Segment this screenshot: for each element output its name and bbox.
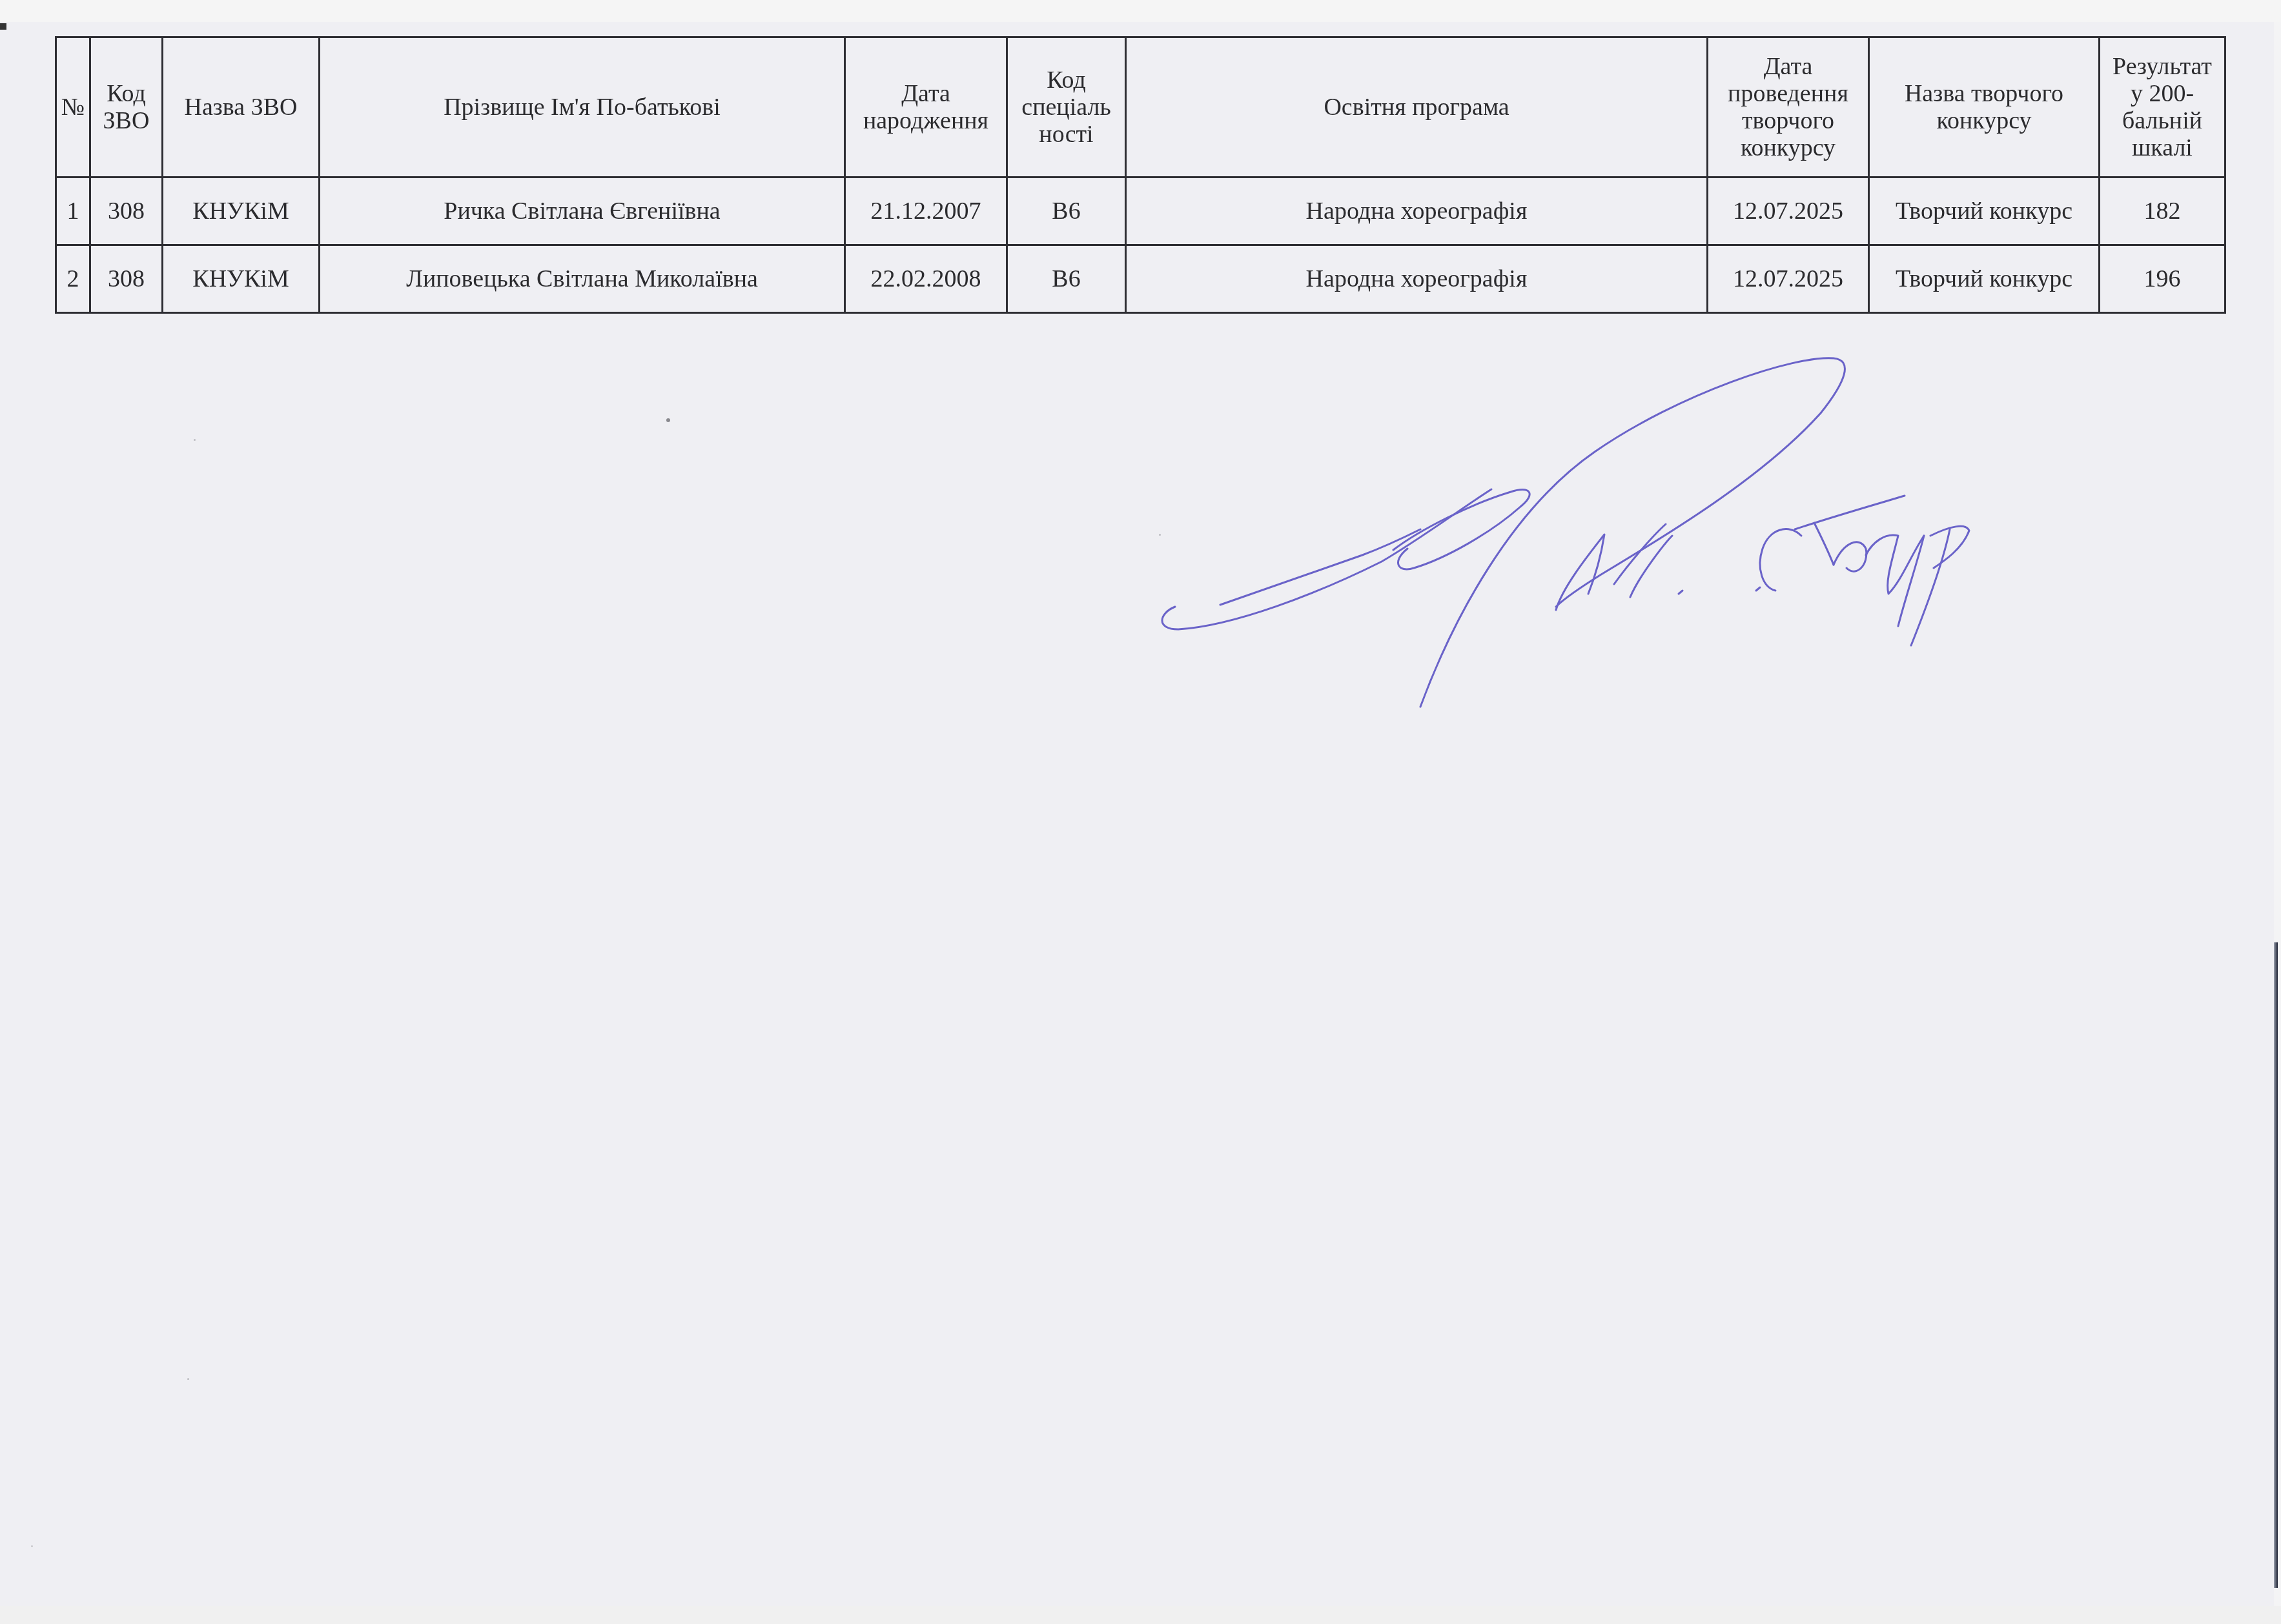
cell-institution-code: 308 bbox=[90, 245, 163, 313]
table-row: 1 308 КНУКіМ Ричка Світлана Євгеніївна 2… bbox=[56, 178, 2225, 245]
header-institution-code: Код ЗВО bbox=[90, 37, 163, 178]
header-result: Результат у 200- бальній шкалі bbox=[2100, 37, 2225, 178]
cell-contest-name: Творчий конкурс bbox=[1869, 178, 2100, 245]
scan-speck bbox=[194, 439, 196, 441]
header-contest-name: Назва творчого конкурсу bbox=[1869, 37, 2100, 178]
results-table: № Код ЗВО Назва ЗВО Прізвище Ім'я По-бат… bbox=[55, 36, 2226, 314]
cell-contest-date: 12.07.2025 bbox=[1708, 178, 1869, 245]
cell-result: 196 bbox=[2100, 245, 2225, 313]
cell-institution-code: 308 bbox=[90, 178, 163, 245]
scan-bottom-margin bbox=[0, 1606, 2281, 1624]
header-full-name: Прізвище Ім'я По-батькові bbox=[320, 37, 845, 178]
page-right-edge-shadow bbox=[2274, 942, 2278, 1588]
scan-speck bbox=[666, 418, 670, 422]
scan-speck bbox=[31, 1545, 33, 1547]
cell-number: 2 bbox=[56, 245, 90, 313]
cell-institution-name: КНУКіМ bbox=[163, 178, 320, 245]
cell-birth-date: 21.12.2007 bbox=[845, 178, 1007, 245]
cell-contest-name: Творчий конкурс bbox=[1869, 245, 2100, 313]
scan-corner-mark bbox=[0, 23, 6, 30]
header-number: № bbox=[56, 37, 90, 178]
cell-specialty-code: В6 bbox=[1007, 245, 1126, 313]
cell-full-name: Липовецька Світлана Миколаївна bbox=[320, 245, 845, 313]
cell-number: 1 bbox=[56, 178, 90, 245]
cell-full-name: Ричка Світлана Євгеніївна bbox=[320, 178, 845, 245]
header-program: Освітня програма bbox=[1126, 37, 1708, 178]
header-birth-date: Дата народження bbox=[845, 37, 1007, 178]
header-contest-date: Дата проведення творчого конкурсу bbox=[1708, 37, 1869, 178]
scan-speck bbox=[1159, 534, 1161, 536]
scan-top-margin bbox=[0, 0, 2281, 22]
handwritten-signature bbox=[1149, 342, 2040, 729]
table-row: 2 308 КНУКіМ Липовецька Світлана Миколаї… bbox=[56, 245, 2225, 313]
cell-birth-date: 22.02.2008 bbox=[845, 245, 1007, 313]
cell-specialty-code: В6 bbox=[1007, 178, 1126, 245]
cell-program: Народна хореографія bbox=[1126, 178, 1708, 245]
cell-result: 182 bbox=[2100, 178, 2225, 245]
cell-program: Народна хореографія bbox=[1126, 245, 1708, 313]
header-specialty-code: Код спеціаль ності bbox=[1007, 37, 1126, 178]
cell-institution-name: КНУКіМ bbox=[163, 245, 320, 313]
header-institution-name: Назва ЗВО bbox=[163, 37, 320, 178]
scan-speck bbox=[187, 1378, 189, 1380]
table-header-row: № Код ЗВО Назва ЗВО Прізвище Ім'я По-бат… bbox=[56, 37, 2225, 178]
cell-contest-date: 12.07.2025 bbox=[1708, 245, 1869, 313]
